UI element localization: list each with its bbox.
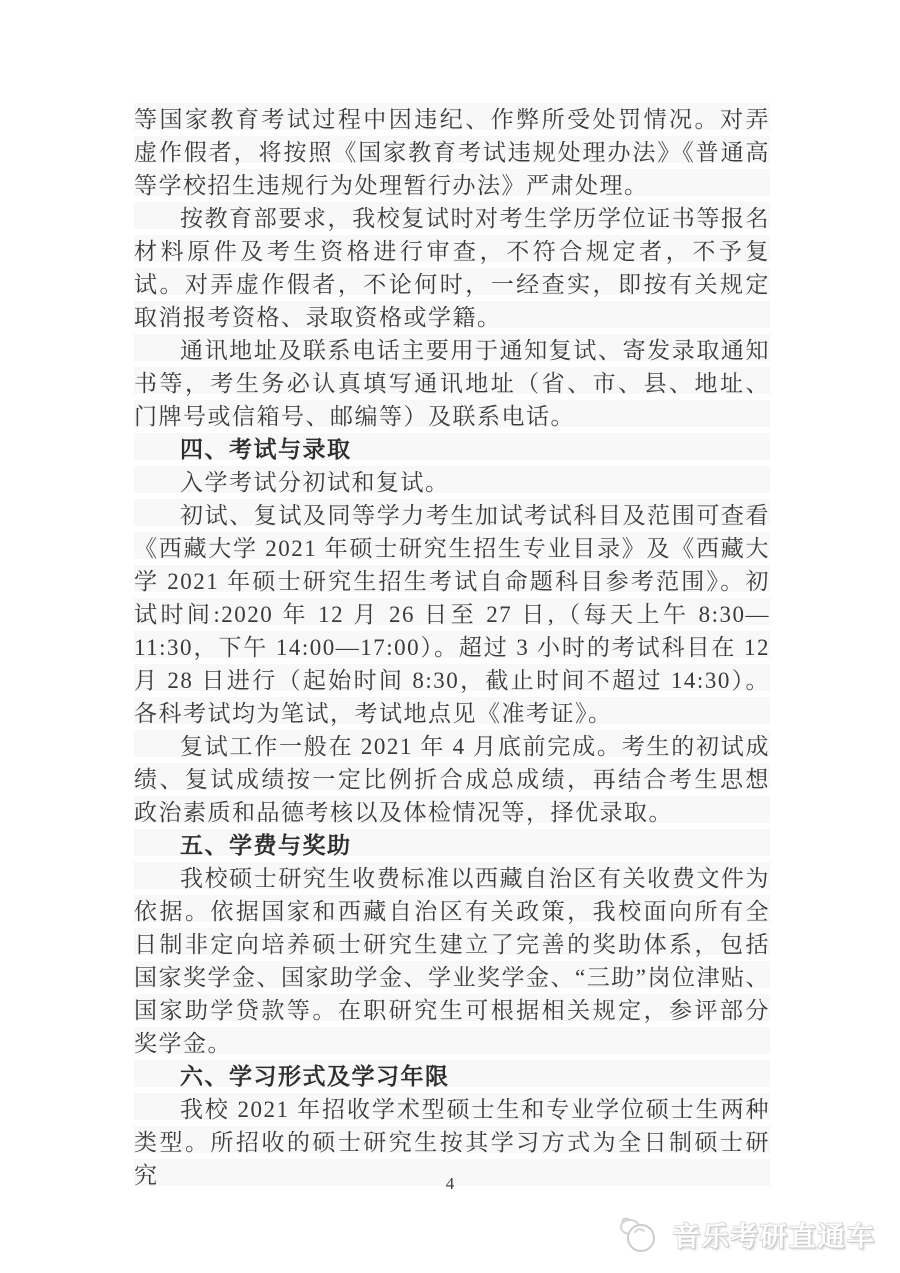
- watermark: 音乐考研直通车: [615, 1211, 876, 1257]
- paragraph: 初试、复试及同等学力考生加试考试科目及范围可查看《西藏大学 2021 年硕士研究…: [134, 499, 770, 730]
- paragraph: 复试工作一般在 2021 年 4 月底前完成。考生的初试成绩、复试成绩按一定比例…: [134, 730, 770, 829]
- section-heading: 六、学习形式及学习年限: [134, 1060, 770, 1093]
- section-heading: 四、考试与录取: [134, 433, 770, 466]
- section-heading: 五、学费与奖助: [134, 829, 770, 862]
- paragraph: 入学考试分初试和复试。: [134, 466, 770, 499]
- cat-mascot-icon: [615, 1211, 665, 1257]
- scanned-document-page: 等国家教育考试过程中因违纪、作弊所受处罚情况。对弄虚作假者，将按照《国家教育考试…: [0, 0, 900, 1273]
- paragraph: 按教育部要求，我校复试时对考生学历学位证书等报名材料原件及考生资格进行审查，不符…: [134, 202, 770, 334]
- paragraph: 等国家教育考试过程中因违纪、作弊所受处罚情况。对弄虚作假者，将按照《国家教育考试…: [134, 103, 770, 202]
- paragraph: 通讯地址及联系电话主要用于通知复试、寄发录取通知书等，考生务必认真填写通讯地址（…: [134, 334, 770, 433]
- watermark-label: 音乐考研直通车: [673, 1215, 876, 1254]
- document-body: 等国家教育考试过程中因违纪、作弊所受处罚情况。对弄虚作假者，将按照《国家教育考试…: [134, 103, 770, 1192]
- paragraph: 我校硕士研究生收费标准以西藏自治区有关收费文件为依据。依据国家和西藏自治区有关政…: [134, 862, 770, 1060]
- page-number: 4: [0, 1174, 900, 1194]
